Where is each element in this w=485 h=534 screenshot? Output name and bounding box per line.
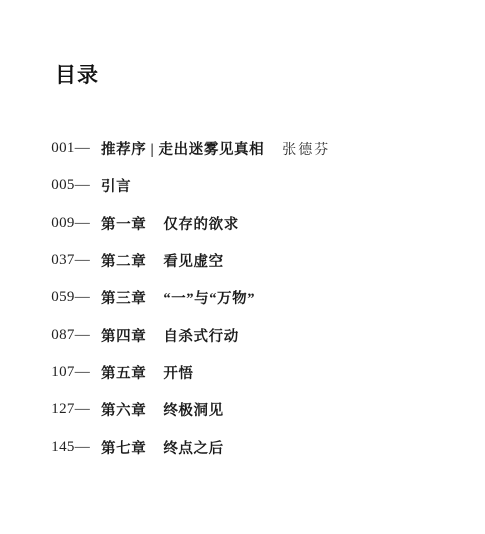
entry-label: 引言	[101, 175, 131, 196]
page-number: 127—	[0, 401, 90, 418]
toc-entry: 005— 引言	[0, 167, 485, 204]
entry-title: 终点之后	[163, 437, 223, 458]
page-number: 009—	[0, 215, 90, 232]
toc-entry: 145— 第七章 终点之后	[0, 428, 485, 465]
entry-label: 第四章	[101, 325, 146, 346]
entry-label: 第二章	[101, 250, 146, 271]
page-number: 145—	[0, 439, 90, 456]
toc-entry: 009— 第一章 仅存的欲求	[0, 205, 485, 242]
entry-label: 第五章	[101, 362, 146, 383]
entry-title: 看见虚空	[163, 250, 223, 271]
book-toc-page: 目录 001— 推荐序 | 走出迷雾见真相 张德芬 005— 引言 009— 第…	[0, 0, 485, 534]
toc-entry: 087— 第四章 自杀式行动	[0, 316, 485, 353]
page-number: 001—	[0, 140, 90, 157]
entry-label: 第六章	[101, 399, 146, 420]
toc-entry: 037— 第二章 看见虚空	[0, 242, 485, 279]
entry-title: “一”与“万物”	[163, 287, 255, 308]
page-number: 037—	[0, 252, 90, 269]
page-number: 059—	[0, 289, 90, 306]
entry-title: 自杀式行动	[163, 325, 239, 346]
toc-list: 001— 推荐序 | 走出迷雾见真相 张德芬 005— 引言 009— 第一章 …	[0, 130, 485, 466]
entry-label: 第七章	[101, 437, 146, 458]
toc-entry: 127— 第六章 终极洞见	[0, 391, 485, 428]
entry-label: 第一章	[101, 213, 146, 234]
page-number: 107—	[0, 364, 90, 381]
entry-title: 仅存的欲求	[163, 213, 239, 234]
entry-title: 开悟	[163, 362, 193, 383]
page-number: 087—	[0, 327, 90, 344]
entry-title: 终极洞见	[163, 399, 223, 420]
toc-entry: 107— 第五章 开悟	[0, 354, 485, 391]
entry-label: 第三章	[101, 287, 146, 308]
page-number: 005—	[0, 177, 90, 194]
toc-entry: 001— 推荐序 | 走出迷雾见真相 张德芬	[0, 130, 485, 167]
toc-entry: 059— 第三章 “一”与“万物”	[0, 279, 485, 316]
entry-label: 推荐序 | 走出迷雾见真相	[101, 138, 264, 159]
entry-author: 张德芬	[282, 139, 330, 159]
page-title: 目录	[55, 59, 99, 89]
